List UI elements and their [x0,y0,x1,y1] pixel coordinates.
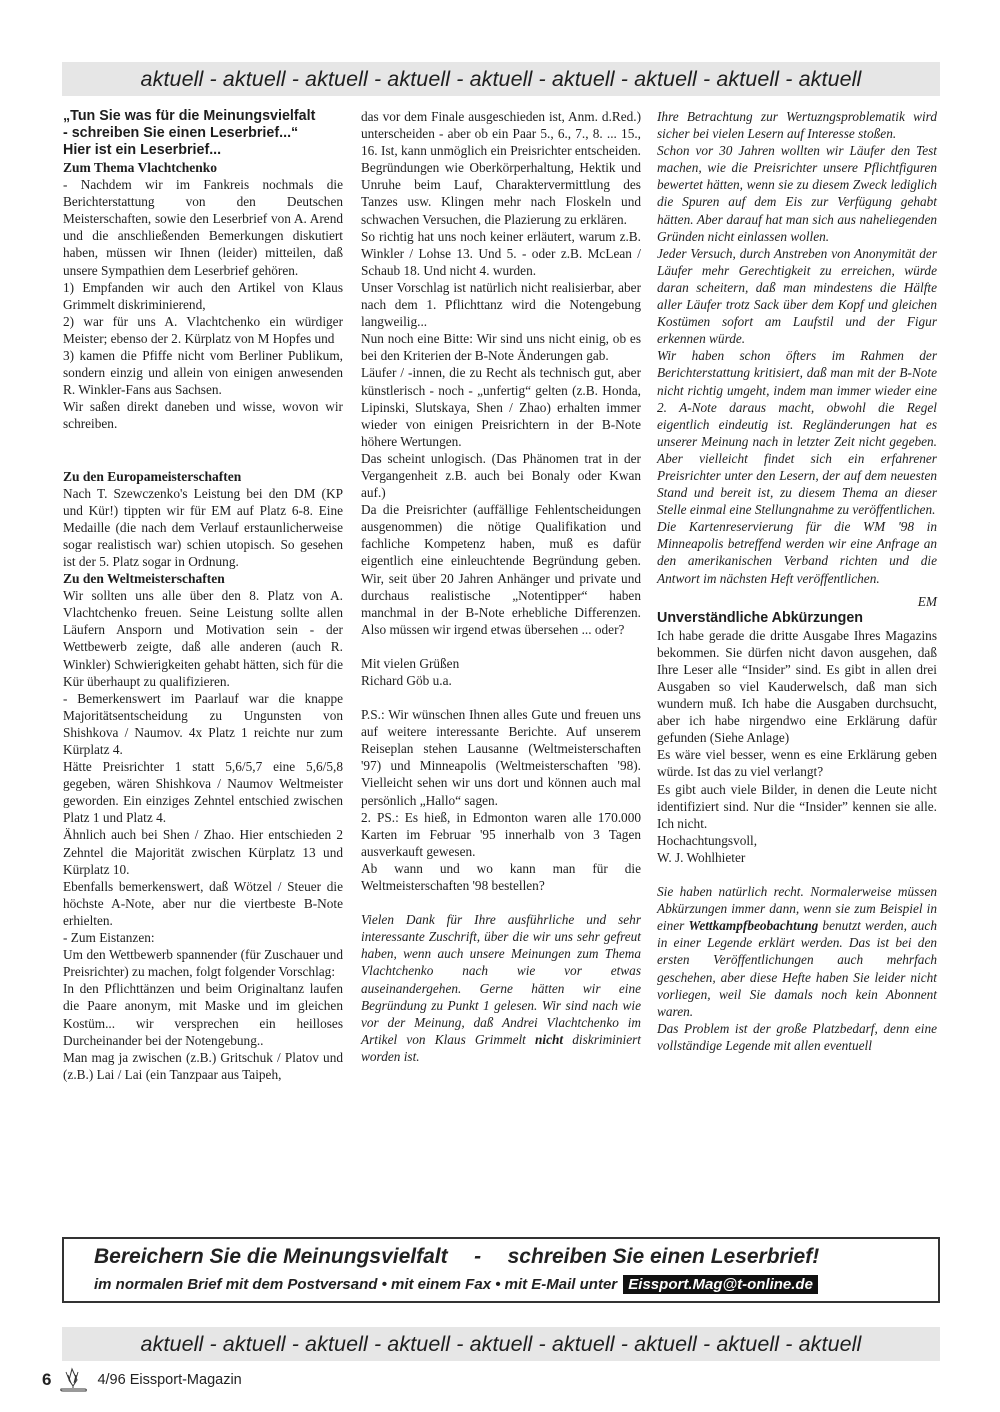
paragraph: Die Kartenreservierung für die WM '98 in… [657,518,937,586]
paragraph: Wir haben schon öfters im Rahmen der Ber… [657,347,937,518]
editor-reply-2: Sie haben natürlich recht. Normalerweise… [657,883,937,1020]
section-band-top: aktuell - aktuell - aktuell - aktuell - … [62,62,940,96]
paragraph: Um den Wettbewerb spannender (für Zuscha… [63,946,343,980]
paragraph: Das scheint unlogisch. (Das Phänomen tra… [361,450,641,501]
headline-line-1: „Tun Sie was für die Meinungsvielfalt [63,108,343,125]
reply-emphasis: nicht [535,1032,563,1047]
paragraph: Wir sollten uns alle über den 8. Platz v… [63,587,343,690]
paragraph: Nach T. Szewczenko's Leistung bei den DM… [63,485,343,570]
editor-signature: EM [657,593,937,610]
paragraph: 2) war für uns A. Vlachtchenko ein würdi… [63,313,343,347]
section-heading-abkuerzungen: Unverständliche Abkürzungen [657,610,937,627]
paragraph: In den Pflichttänzen und beim Originalta… [63,980,343,1048]
paragraph: Ebenfalls bemerkenswert, daß Wötzel / St… [63,878,343,929]
paragraph: Es wäre viel besser, wenn es eine Erklär… [657,746,937,780]
banner-separator: - [448,1245,508,1269]
banner-headline-left: Bereichern Sie die Meinungsvielfalt [94,1245,448,1268]
paragraph: das vor dem Finale ausgeschieden ist, An… [361,108,641,228]
banner-contact-text: im normalen Brief mit dem Postversand • … [94,1276,617,1293]
banner-subline: im normalen Brief mit dem Postversand • … [94,1276,818,1293]
paragraph: Es gibt auch viele Bilder, in denen die … [657,781,937,832]
paragraph: Jeder Versuch, durch Anstreben von Anony… [657,245,937,348]
paragraph: Das Problem ist der große Platzbedarf, d… [657,1020,937,1054]
reply-text: Vielen Dank für Ihre ausführliche und se… [361,912,641,1047]
paragraph: Da die Preisrichter (auffällige Fehlents… [361,501,641,638]
postscript: Ab wann und wo kann man für die Weltmeis… [361,860,641,894]
paragraph: Nun noch eine Bitte: Wir sind uns nicht … [361,330,641,364]
column-2: das vor dem Finale ausgeschieden ist, An… [361,108,641,1065]
paragraph: Man mag ja zwischen (z.B.) Gritschuk / P… [63,1049,343,1083]
reply-emphasis: Wettkampfbeobachtung [688,918,818,933]
paragraph: Hätte Preisrichter 1 statt 5,6/5,7 eine … [63,758,343,826]
banner-headline: Bereichern Sie die Meinungsvielfalt-schr… [94,1245,819,1269]
section-band-bottom: aktuell - aktuell - aktuell - aktuell - … [62,1327,940,1361]
section-heading-em: Zu den Europameisterschaften [63,468,343,485]
letter-closing: Hochachtungsvoll, [657,832,937,849]
paragraph: Wir saßen direkt daneben und wisse, wovo… [63,398,343,432]
email-address-link[interactable]: Eissport.Mag@t-online.de [623,1275,818,1294]
postscript: P.S.: Wir wünschen Ihnen alles Gute und … [361,706,641,809]
reply-text: benutzt werden, auch in einer Legende er… [657,918,937,1018]
banner-headline-right: schreiben Sie einen Leserbrief! [508,1245,820,1268]
paragraph: 1) Empfanden wir auch den Artikel von Kl… [63,279,343,313]
section-heading-wm: Zu den Weltmeisterschaften [63,570,343,587]
page-footer: 6 4/96 Eissport-Magazin [42,1366,242,1394]
column-1: „Tun Sie was für die Meinungsvielfalt - … [63,108,343,1083]
section-heading-thema: Zum Thema Vlachtchenko [63,159,343,176]
letter-closing: Mit vielen Grüßen [361,655,641,672]
headline-line-3: Hier ist ein Leserbrief... [63,142,343,159]
paragraph: - Zum Eistanzen: [63,929,343,946]
publication-title: 4/96 Eissport-Magazin [97,1372,241,1388]
paragraph: - Nachdem wir im Fankreis nochmals die B… [63,176,343,279]
paragraph: Ähnlich auch bei Shen / Zhao. Hier entsc… [63,826,343,877]
letter-signature: W. J. Wohlhieter [657,849,937,866]
column-3: Ihre Betrachtung zur Wertuzngsproblemati… [657,108,937,1054]
postscript: 2. PS.: Es hieß, in Edmonton waren alle … [361,809,641,860]
page-number: 6 [42,1370,51,1390]
paragraph: So richtig hat uns noch keiner erläutert… [361,228,641,279]
paragraph: Läufer / -innen, die zu Recht als techni… [361,364,641,449]
letter-signature: Richard Göb u.a. [361,672,641,689]
paragraph: Ich habe gerade die dritte Ausgabe Ihres… [657,627,937,747]
paragraph: Schon vor 30 Jahren wollten wir Läufer d… [657,142,937,245]
call-to-action-banner: Bereichern Sie die Meinungsvielfalt-schr… [62,1237,940,1303]
paragraph: Ihre Betrachtung zur Wertuzngsproblemati… [657,108,937,142]
paragraph: 3) kamen die Pfiffe nicht vom Berliner P… [63,347,343,398]
headline-line-2: - schreiben Sie einen Leserbrief...“ [63,125,343,142]
editor-reply-1: Vielen Dank für Ihre ausführliche und se… [361,911,641,1065]
skate-bird-logo-icon [55,1366,91,1394]
paragraph: - Bemerkenswert im Paarlauf war die knap… [63,690,343,758]
paragraph: Unser Vorschlag ist natürlich nicht real… [361,279,641,330]
